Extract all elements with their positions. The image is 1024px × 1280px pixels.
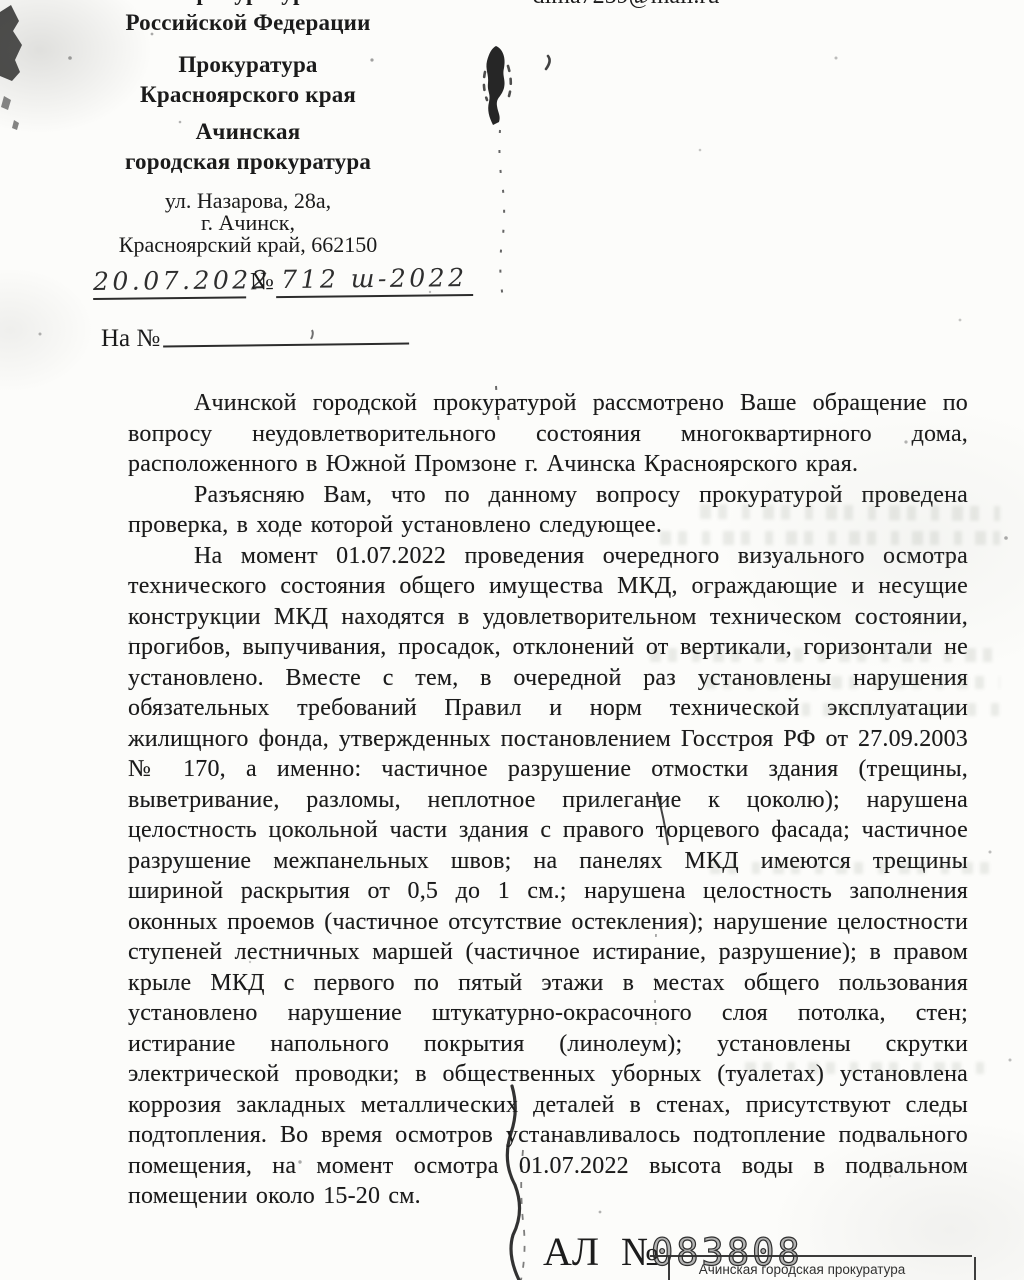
org-federation-line1: Прокуратура: [98, 0, 398, 8]
outgoing-date-blank: 20.07.2022: [93, 265, 246, 300]
org-address-street: ул. Назарова, 28а,: [93, 190, 403, 212]
org-header-krai: Прокуратура Красноярского края: [98, 50, 398, 110]
org-address: ул. Назарова, 28а, г. Ачинск, Красноярск…: [93, 190, 403, 256]
org-city-line2: городская прокуратура: [98, 147, 398, 177]
ink-streak-top: [486, 46, 504, 125]
scanned-letter-page: Прокуратура Российской Федерации Прокура…: [0, 0, 1024, 1280]
org-address-region: Красноярский край, 662150: [93, 234, 403, 256]
org-header-federation: Прокуратура Российской Федерации: [98, 0, 398, 38]
org-krai-line1: Прокуратура: [98, 50, 398, 80]
number-sign: №: [250, 268, 274, 298]
outgoing-number-blank: 712 ш-2022: [276, 263, 473, 298]
incoming-reference-blank: [163, 322, 409, 347]
incoming-reference-line: На №: [101, 324, 409, 353]
corner-blotch: [0, 5, 22, 81]
outgoing-number-handwritten: 712 ш-2022: [281, 263, 468, 294]
outgoing-date-handwritten: 20.07.2022: [93, 265, 271, 296]
org-header-city: Ачинская городская прокуратура: [98, 117, 398, 177]
body-paragraph-3: На момент 01.07.2022 проведения очередно…: [128, 541, 968, 1212]
outgoing-reference-line: 20.07.2022№712 ш-2022: [93, 263, 473, 300]
body-paragraph-2: Разъясняю Вам, что по данному вопросу пр…: [128, 480, 968, 541]
org-krai-line2: Красноярского края: [98, 80, 398, 110]
incoming-reference-label: На №: [101, 325, 160, 352]
al-number-label: АЛ №: [543, 1228, 659, 1275]
org-city-line1: Ачинская: [98, 117, 398, 147]
letter-body: Ачинской городской прокуратурой рассмотр…: [128, 388, 968, 1212]
org-federation-line2: Российской Федерации: [98, 8, 398, 38]
body-paragraph-1: Ачинской городской прокуратурой рассмотр…: [128, 388, 968, 480]
org-address-city: г. Ачинск,: [93, 212, 403, 234]
recipient-email: dima7259@mail.ru: [508, 0, 744, 10]
stamp-serial-number: 083808: [651, 1231, 803, 1274]
